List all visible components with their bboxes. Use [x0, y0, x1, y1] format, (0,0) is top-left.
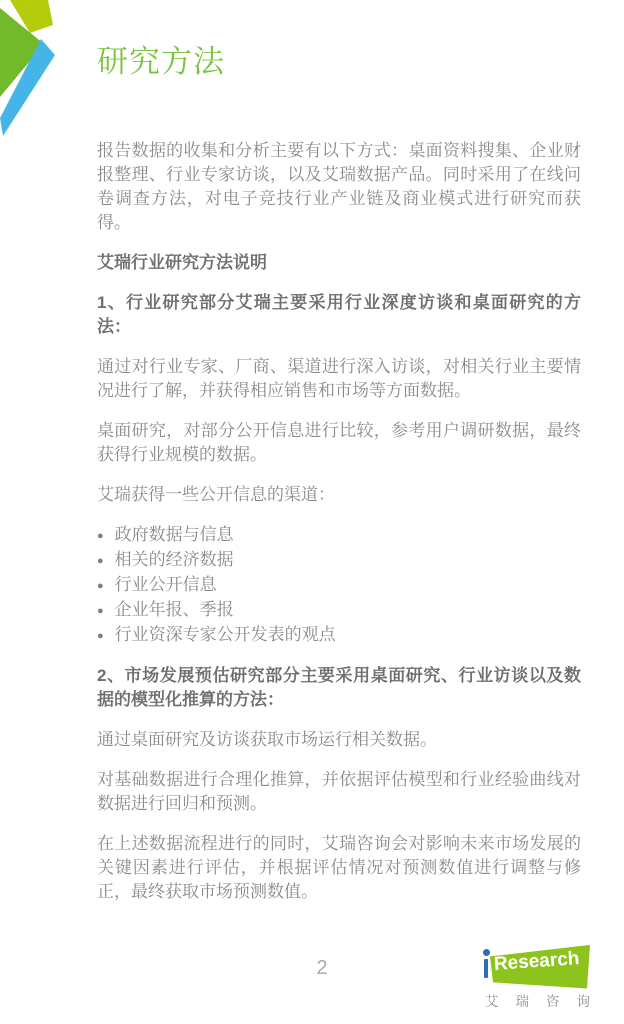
section2-paragraph-2: 对基础数据进行合理化推算，并依据评估模型和行业经验曲线对数据进行回归和预测。 — [97, 768, 581, 816]
bullet-icon: ● — [97, 549, 104, 573]
list-item: ●相关的经济数据 — [97, 548, 581, 573]
report-body: 报告数据的收集和分析主要有以下方式：桌面资料搜集、企业财报整理、行业专家访谈，以… — [97, 139, 581, 920]
bullet-icon: ● — [97, 524, 104, 548]
list-item-label: 政府数据与信息 — [115, 525, 234, 544]
section2-paragraph-1: 通过桌面研究及访谈获取市场运行相关数据。 — [97, 728, 581, 752]
bullet-icon: ● — [97, 599, 104, 623]
logo-research-text: Research — [493, 948, 580, 976]
logo-i-dot-icon — [483, 949, 490, 956]
list-item: ●企业年报、季报 — [97, 598, 581, 623]
list-item: ●行业资深专家公开发表的观点 — [97, 623, 581, 648]
channel-list: ●政府数据与信息 ●相关的经济数据 ●行业公开信息 ●企业年报、季报 ●行业资深… — [97, 523, 581, 648]
page-title: 研究方法 — [97, 42, 225, 82]
list-item-label: 行业资深专家公开发表的观点 — [115, 625, 336, 644]
section2-heading: 2、市场发展预估研究部分主要采用桌面研究、行业访谈以及数据的模型化推算的方法： — [97, 664, 581, 712]
bullet-icon: ● — [97, 574, 104, 598]
list-item-label: 企业年报、季报 — [115, 600, 234, 619]
iresearch-logo: Research 艾瑞咨询 — [466, 942, 596, 1004]
report-page: { "page": { "title": "研究方法", "page_numbe… — [0, 0, 624, 1024]
section1-channels-intro: 艾瑞获得一些公开信息的渠道： — [97, 483, 581, 507]
corner-decoration — [0, 0, 80, 150]
list-item: ●行业公开信息 — [97, 573, 581, 598]
logo-green-flag: Research — [490, 942, 590, 990]
logo-chinese-name: 艾瑞咨询 — [485, 990, 607, 1010]
bullet-icon: ● — [97, 624, 104, 648]
list-item-label: 行业公开信息 — [115, 575, 217, 594]
intro-paragraph: 报告数据的收集和分析主要有以下方式：桌面资料搜集、企业财报整理、行业专家访谈，以… — [97, 139, 581, 235]
section1-paragraph-2: 桌面研究，对部分公开信息进行比较，参考用户调研数据，最终获得行业规模的数据。 — [97, 419, 581, 467]
section1-paragraph-1: 通过对行业专家、厂商、渠道进行深入访谈，对相关行业主要情况进行了解，并获得相应销… — [97, 355, 581, 403]
logo-i-stem-icon — [484, 959, 488, 978]
list-item: ●政府数据与信息 — [97, 523, 581, 548]
list-item-label: 相关的经济数据 — [115, 550, 234, 569]
section2-paragraph-3: 在上述数据流程进行的同时，艾瑞咨询会对影响未来市场发展的关键因素进行评估，并根据… — [97, 832, 581, 904]
section1-heading: 1、行业研究部分艾瑞主要采用行业深度访谈和桌面研究的方法： — [97, 291, 581, 339]
method-note-title: 艾瑞行业研究方法说明 — [97, 251, 581, 275]
